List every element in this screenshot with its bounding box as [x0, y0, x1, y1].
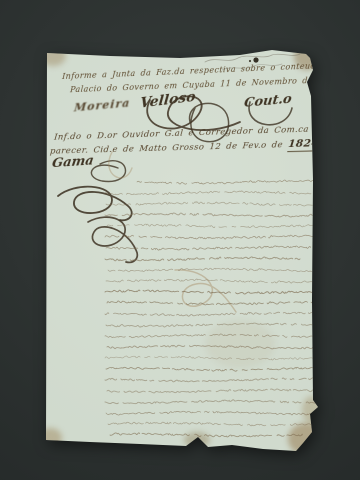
showthrough-flourish-2: [175, 270, 236, 312]
handwriting-line: [105, 191, 319, 195]
pencil-note: [205, 54, 300, 62]
handwriting-line: [106, 246, 318, 250]
stain-right-edge: [302, 396, 322, 424]
signature-gama: Gama: [51, 153, 95, 171]
handwriting-line: [105, 378, 318, 382]
gama-paraph: [91, 161, 125, 182]
stain-bottom-right: [288, 423, 324, 455]
year-1824-underlined: 1824: [287, 137, 319, 152]
handwriting-line: [105, 257, 300, 261]
year-1823: 1823.: [318, 74, 346, 85]
stain-middle-blotch: [205, 320, 275, 368]
body-text-lines: [105, 180, 320, 437]
ink-blot: [253, 57, 258, 62]
handwriting-line: [107, 389, 316, 393]
photo-background: Informe a Junta da Faz.da respectiva sob…: [0, 0, 360, 480]
handwriting-line: [105, 312, 316, 316]
stain-bottom-chip: [184, 432, 210, 448]
handwriting-line: [105, 356, 318, 360]
handwriting-line: [137, 180, 314, 184]
handwriting-line: [106, 323, 318, 327]
manuscript-page: Informe a Junta da Faz.da respectiva sob…: [0, 0, 360, 480]
paper-shadow-wrap: Informe a Junta da Faz.da respectiva sob…: [0, 0, 360, 480]
stain-top-left: [40, 46, 66, 66]
margin-rubric-1: [58, 187, 132, 221]
handwriting-line: [105, 290, 318, 294]
handwriting-line: [106, 279, 318, 283]
signature-velloso: Velloso: [139, 88, 196, 111]
handwriting-line: [107, 224, 320, 228]
showthrough-flourish-1: [109, 152, 132, 178]
handwriting-line: [108, 422, 314, 426]
handwriting-line: [107, 345, 319, 349]
handwriting-line: [105, 334, 317, 338]
handwriting-line: [106, 202, 318, 206]
handwriting-line: [105, 213, 317, 217]
handwriting-line: [107, 301, 318, 305]
signature-couto: Cout.o: [243, 92, 292, 111]
ink-blot-small: [249, 60, 251, 62]
stain-bottom-left: [38, 428, 62, 448]
handwriting-line: [105, 400, 320, 404]
signature-moreira: Moreira: [74, 96, 131, 114]
margin-rubric-2: [88, 217, 137, 262]
handwriting-line: [106, 411, 318, 415]
handwriting-line: [105, 235, 317, 239]
handwriting-line: [108, 268, 318, 272]
handwriting-line: [106, 367, 317, 371]
handwriting-line: [110, 433, 302, 437]
